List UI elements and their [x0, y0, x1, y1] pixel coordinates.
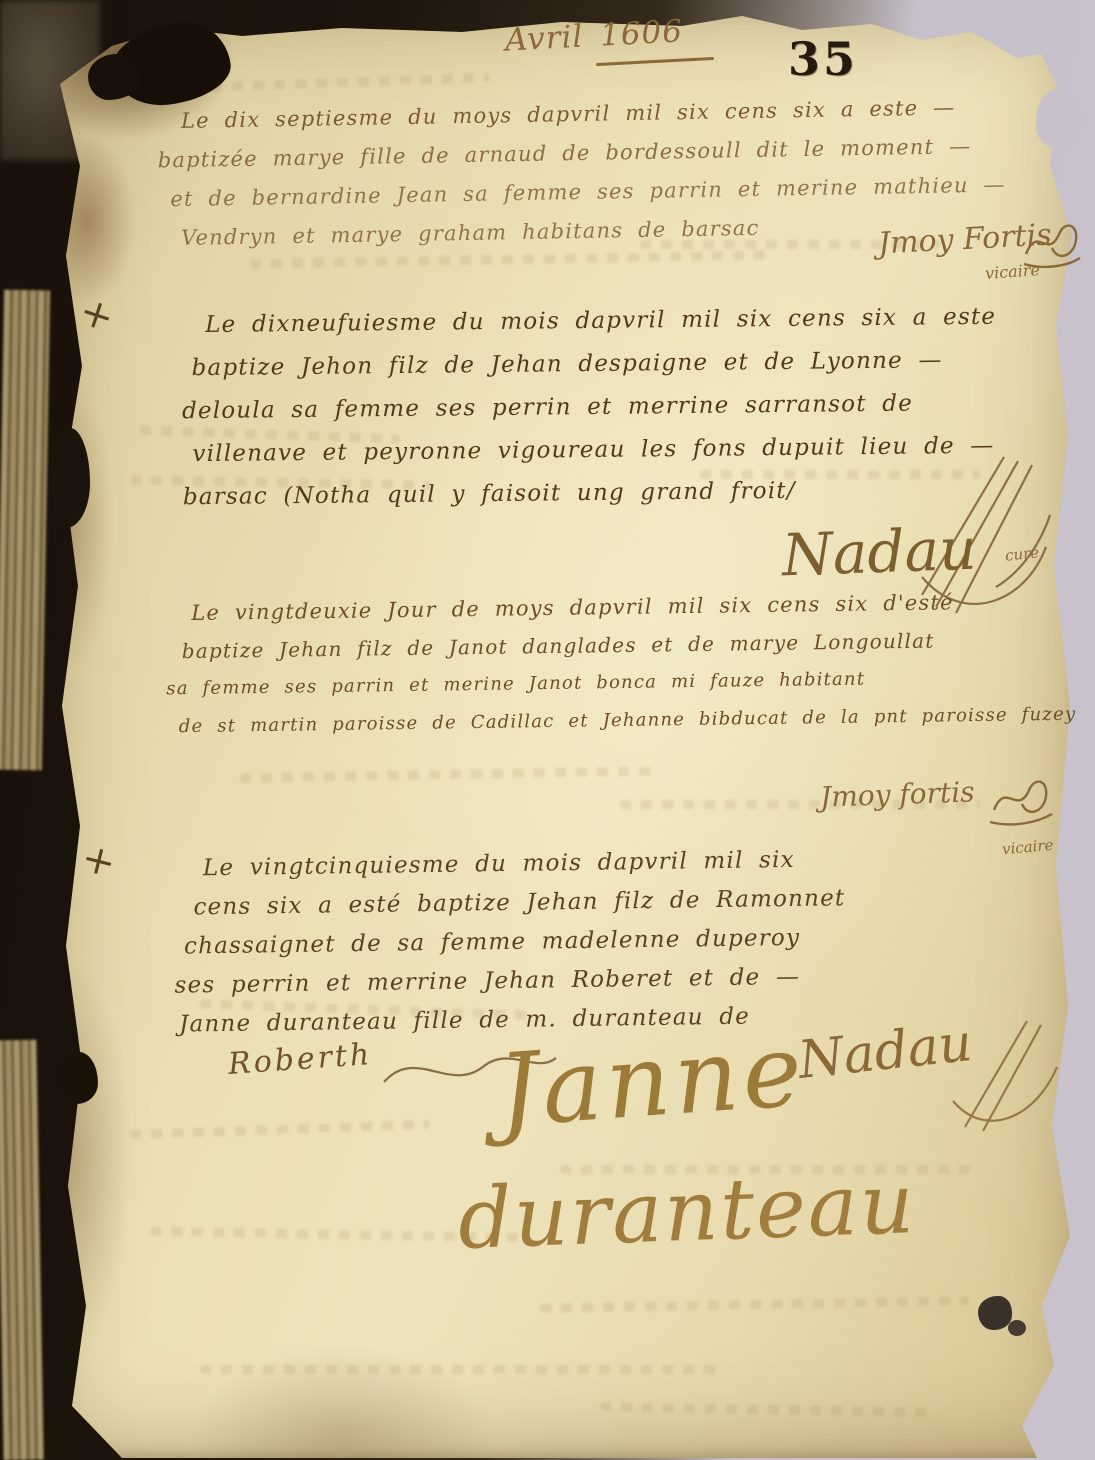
entry-line: villenave et peyronne vigoureau les fons… — [192, 425, 997, 476]
manuscript-photo: Avril 1606 35 Le dix septiesme du moys d… — [0, 0, 1095, 1460]
entry-line: barsac (Notha quil y faisoit ung grand f… — [183, 468, 998, 520]
torn-hole — [56, 1052, 98, 1104]
baptism-entry-3: Le vingtdeuxie Jour de moys dapvril mil … — [161, 582, 1077, 747]
vicar-signature-2: Jmoy fortis — [819, 775, 975, 813]
page-number: 35 — [788, 32, 858, 86]
paraph-icon — [988, 772, 1054, 830]
baptism-entry-2: Le dixneufuiesme du mois dapvril mil six… — [177, 296, 998, 520]
paraph-icon — [935, 1015, 1065, 1135]
book-page-edges — [0, 1040, 44, 1460]
cure-title: curé — [1004, 543, 1040, 564]
worm-hole — [1008, 1320, 1026, 1336]
book-page-edges — [0, 290, 50, 771]
worm-hole — [978, 1296, 1012, 1330]
mother-signature-first: Janne — [494, 1011, 809, 1149]
ink-bleedthrough — [200, 1365, 720, 1374]
torn-edge-notch — [1036, 90, 1084, 150]
vicar-title-1: vicaire — [984, 260, 1040, 283]
mother-signature-last: duranteau — [456, 1154, 917, 1268]
baptism-entry-4: Le vingtcinquiesme du mois dapvril mil s… — [161, 840, 848, 1045]
